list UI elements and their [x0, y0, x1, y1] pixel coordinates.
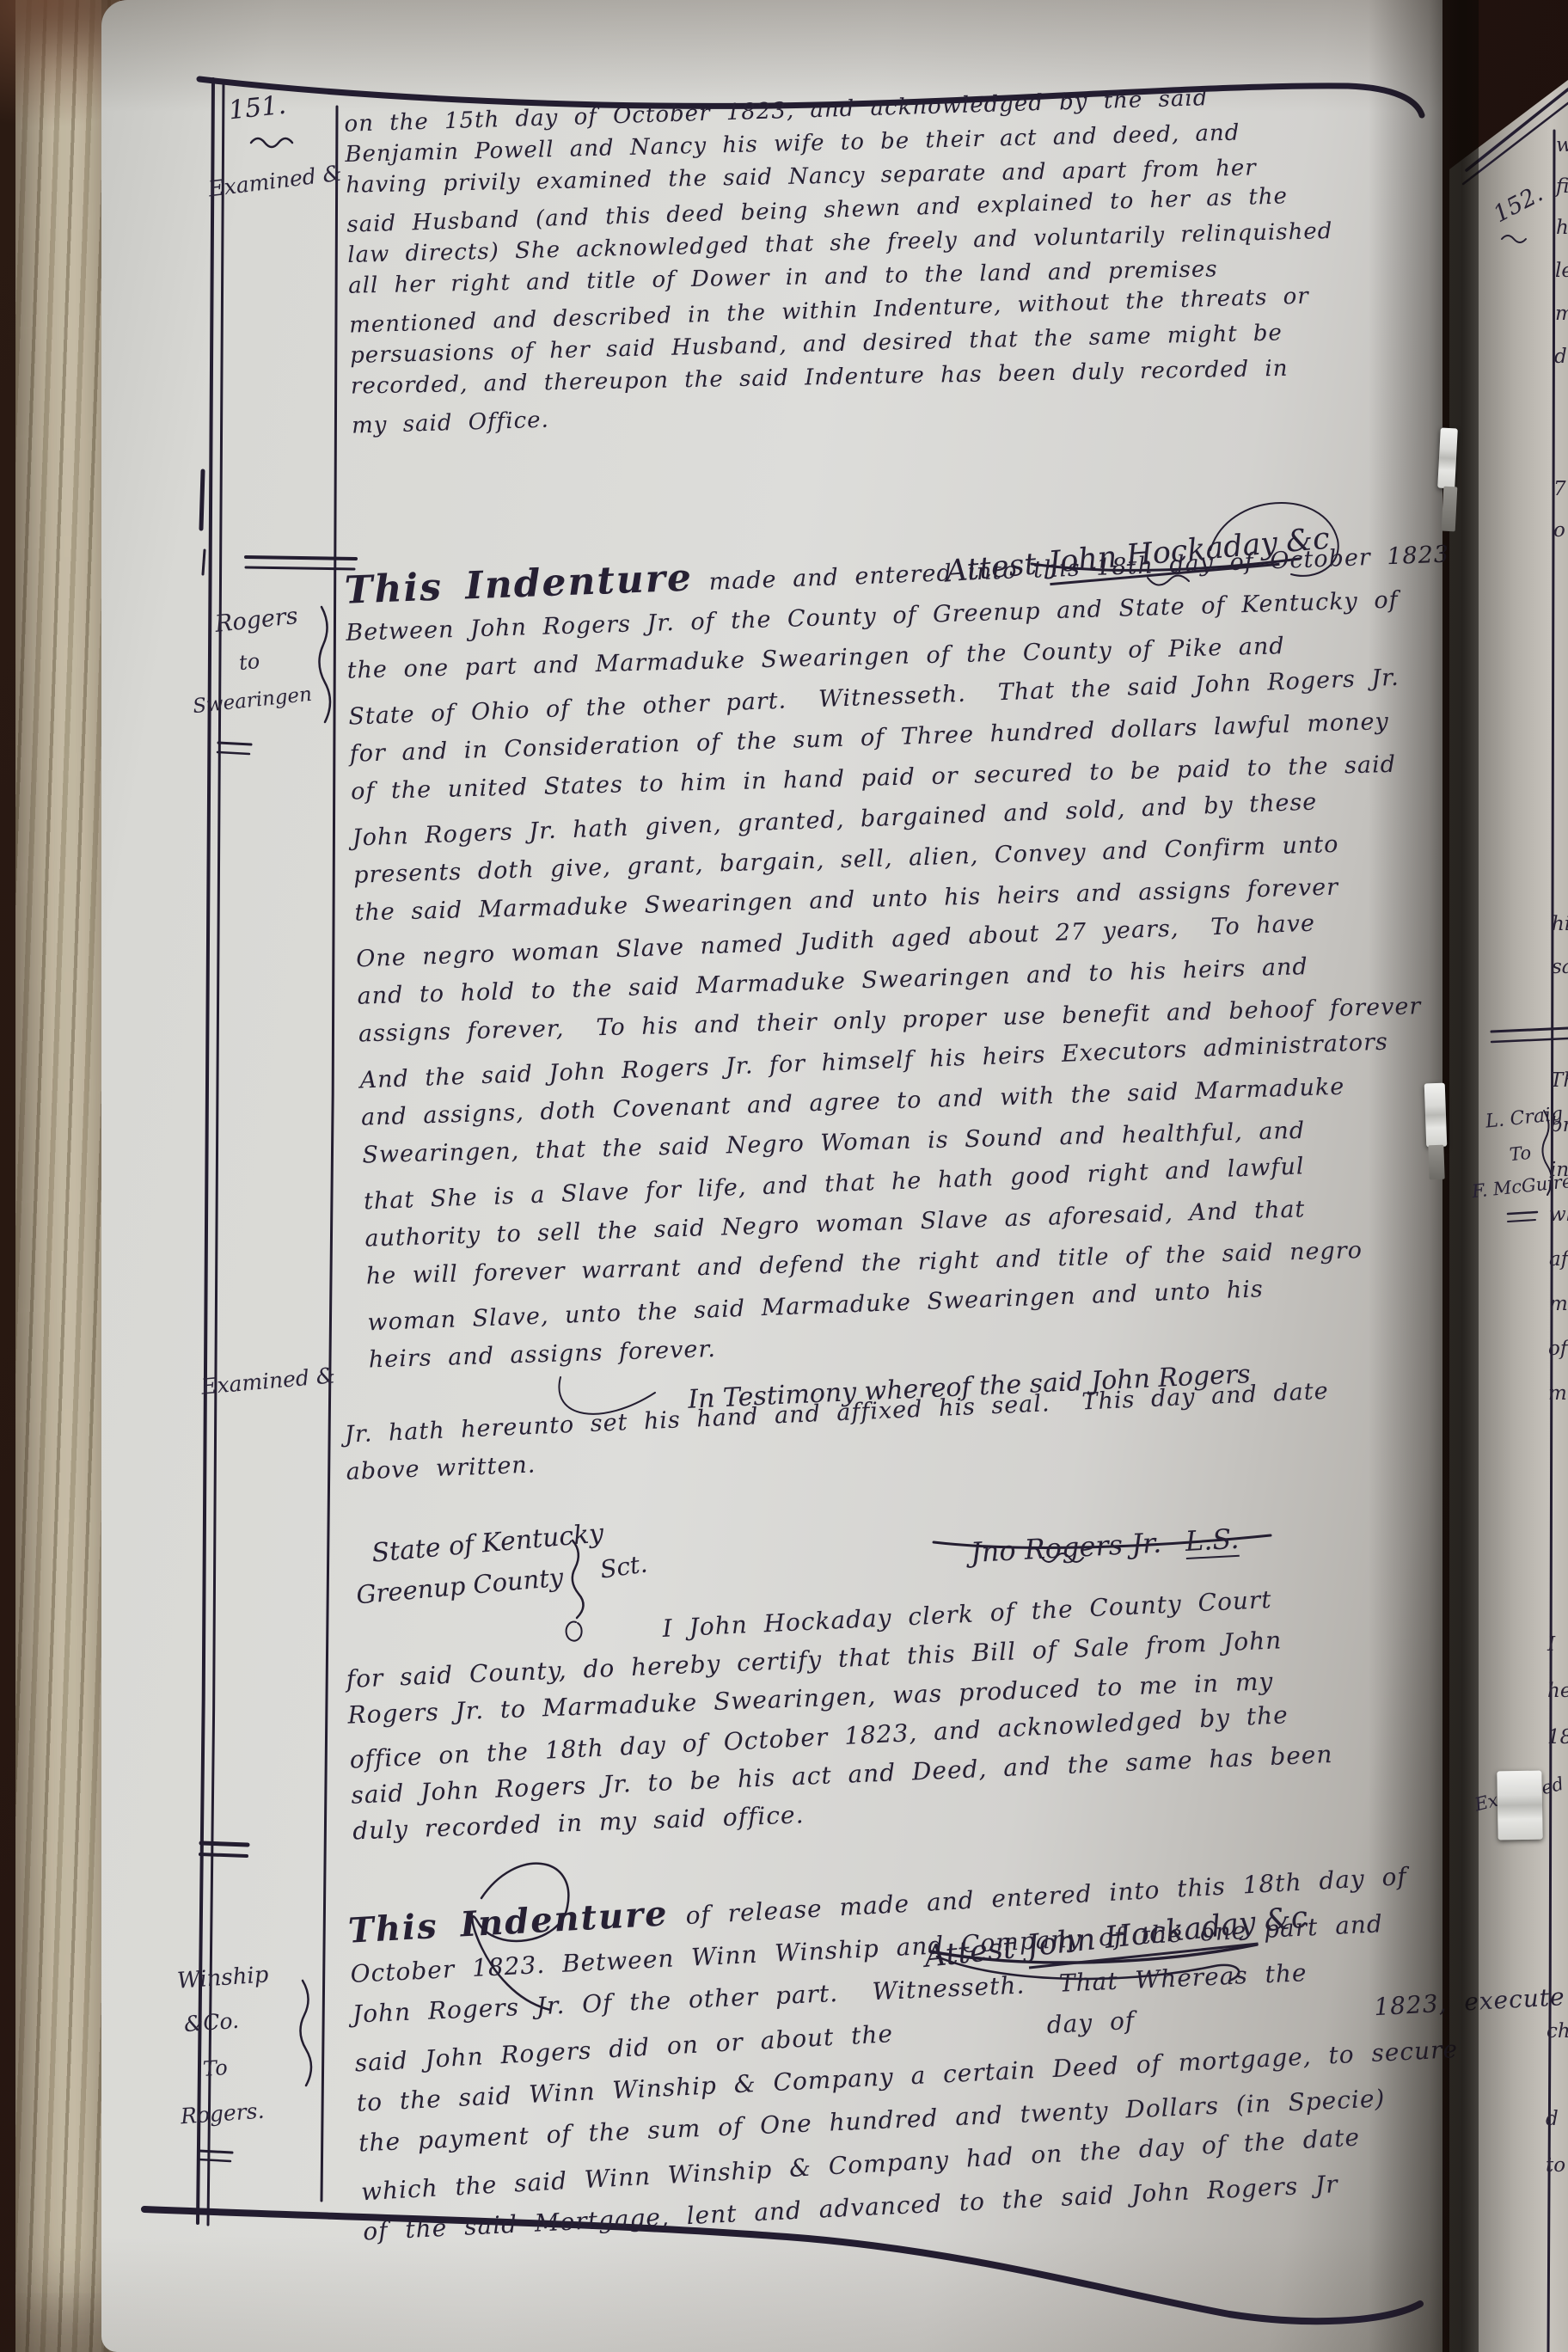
page-clip	[1497, 1771, 1542, 1841]
margin-equals	[217, 752, 249, 754]
cutoff-text-fragment: 18	[1547, 1726, 1568, 1749]
signature-name: Jno Rogers Jr.	[970, 1527, 1162, 1570]
cutoff-text-fragment: m	[1548, 1382, 1567, 1405]
cutoff-text-fragment: d	[1554, 346, 1567, 368]
margin-note-party: To	[202, 2055, 228, 2081]
page-clip-tab	[1428, 1145, 1444, 1180]
deed-entry-rogers-swearingen: This Indenture made and entered into thi…	[344, 536, 1426, 1380]
right-page-top-border	[1467, 89, 1568, 170]
margin-note-party: to	[238, 649, 261, 675]
cutoff-text-fragment: I	[1547, 1633, 1555, 1656]
page-number: 151.	[227, 90, 287, 126]
margin-note-party: &Co.	[183, 2008, 240, 2037]
margin-divider-rule	[322, 107, 337, 2201]
cutoff-text-fragment: to	[1546, 2154, 1565, 2177]
margin-equals	[218, 743, 251, 744]
cutoff-text-fragment: sa	[1552, 956, 1568, 978]
cutoff-text-fragment: w	[1556, 134, 1568, 156]
venue-brace	[573, 1540, 584, 1618]
entry-separator	[200, 1854, 247, 1856]
margin-equals	[1508, 1220, 1535, 1222]
cutoff-text-fragment: br	[1550, 1114, 1568, 1136]
cutoff-text-fragment: ch	[1547, 2020, 1568, 2043]
cutoff-text-fragment: h	[1556, 217, 1568, 239]
cutoff-text-fragment: of	[1548, 1338, 1567, 1360]
cutoff-text-fragment: le	[1555, 260, 1568, 282]
page-clip	[1437, 428, 1458, 489]
right-entry-separator	[1491, 1038, 1568, 1042]
gutter-shadow	[1369, 0, 1479, 2352]
seal-mark: L.S.	[1185, 1522, 1240, 1559]
entry-separator	[246, 557, 356, 559]
margin-equals	[199, 2159, 230, 2161]
page-clip-tab	[1442, 487, 1458, 532]
page-number-flourish	[251, 138, 292, 147]
margin-brace	[319, 607, 330, 722]
cutoff-text-fragment: fi	[1556, 175, 1568, 198]
cutoff-text-fragment: d	[1546, 2108, 1559, 2130]
cutoff-text-fragment: hi	[1552, 913, 1568, 935]
cutoff-text-fragment: Th	[1550, 1069, 1568, 1092]
cutoff-text-fragment: in	[1550, 1159, 1568, 1181]
frame-tick	[201, 471, 203, 529]
right-entry-separator	[1491, 1028, 1568, 1032]
entry-separator	[201, 1843, 248, 1845]
cutoff-text-fragment: m	[1555, 303, 1568, 325]
margin-equals	[199, 2151, 232, 2153]
page-clip	[1424, 1083, 1448, 1148]
margin-note-party: To	[1509, 1142, 1532, 1165]
entry-separator	[246, 567, 354, 569]
deed-book-photograph: 151. Examined & Rogers to Swearingen Exa…	[0, 0, 1568, 2352]
margin-equals	[1508, 1212, 1537, 1214]
deed-entry-winship-rogers: This Indenture of release made and enter…	[347, 1859, 1420, 2254]
margin-brace	[300, 1981, 311, 2086]
right-page-margin-rule	[1548, 131, 1554, 2352]
deed-entry-powell: on the 15th day of October 1823, and ack…	[344, 79, 1409, 440]
cutoff-text-fragment: af	[1549, 1248, 1568, 1271]
clerk-certification: I John Hockaday clerk of the County Cour…	[344, 1577, 1414, 1853]
page-number-flourish	[1502, 236, 1526, 242]
right-page-top-border	[1463, 103, 1568, 184]
frame-tick	[203, 550, 205, 574]
cutoff-text-fragment: mo	[1549, 1293, 1568, 1315]
cutoff-text-fragment: 7	[1553, 478, 1566, 500]
cutoff-text-fragment: he	[1547, 1680, 1568, 1702]
cutoff-text-fragment: o	[1553, 519, 1565, 542]
cutoff-text-fragment: wh	[1549, 1204, 1568, 1226]
